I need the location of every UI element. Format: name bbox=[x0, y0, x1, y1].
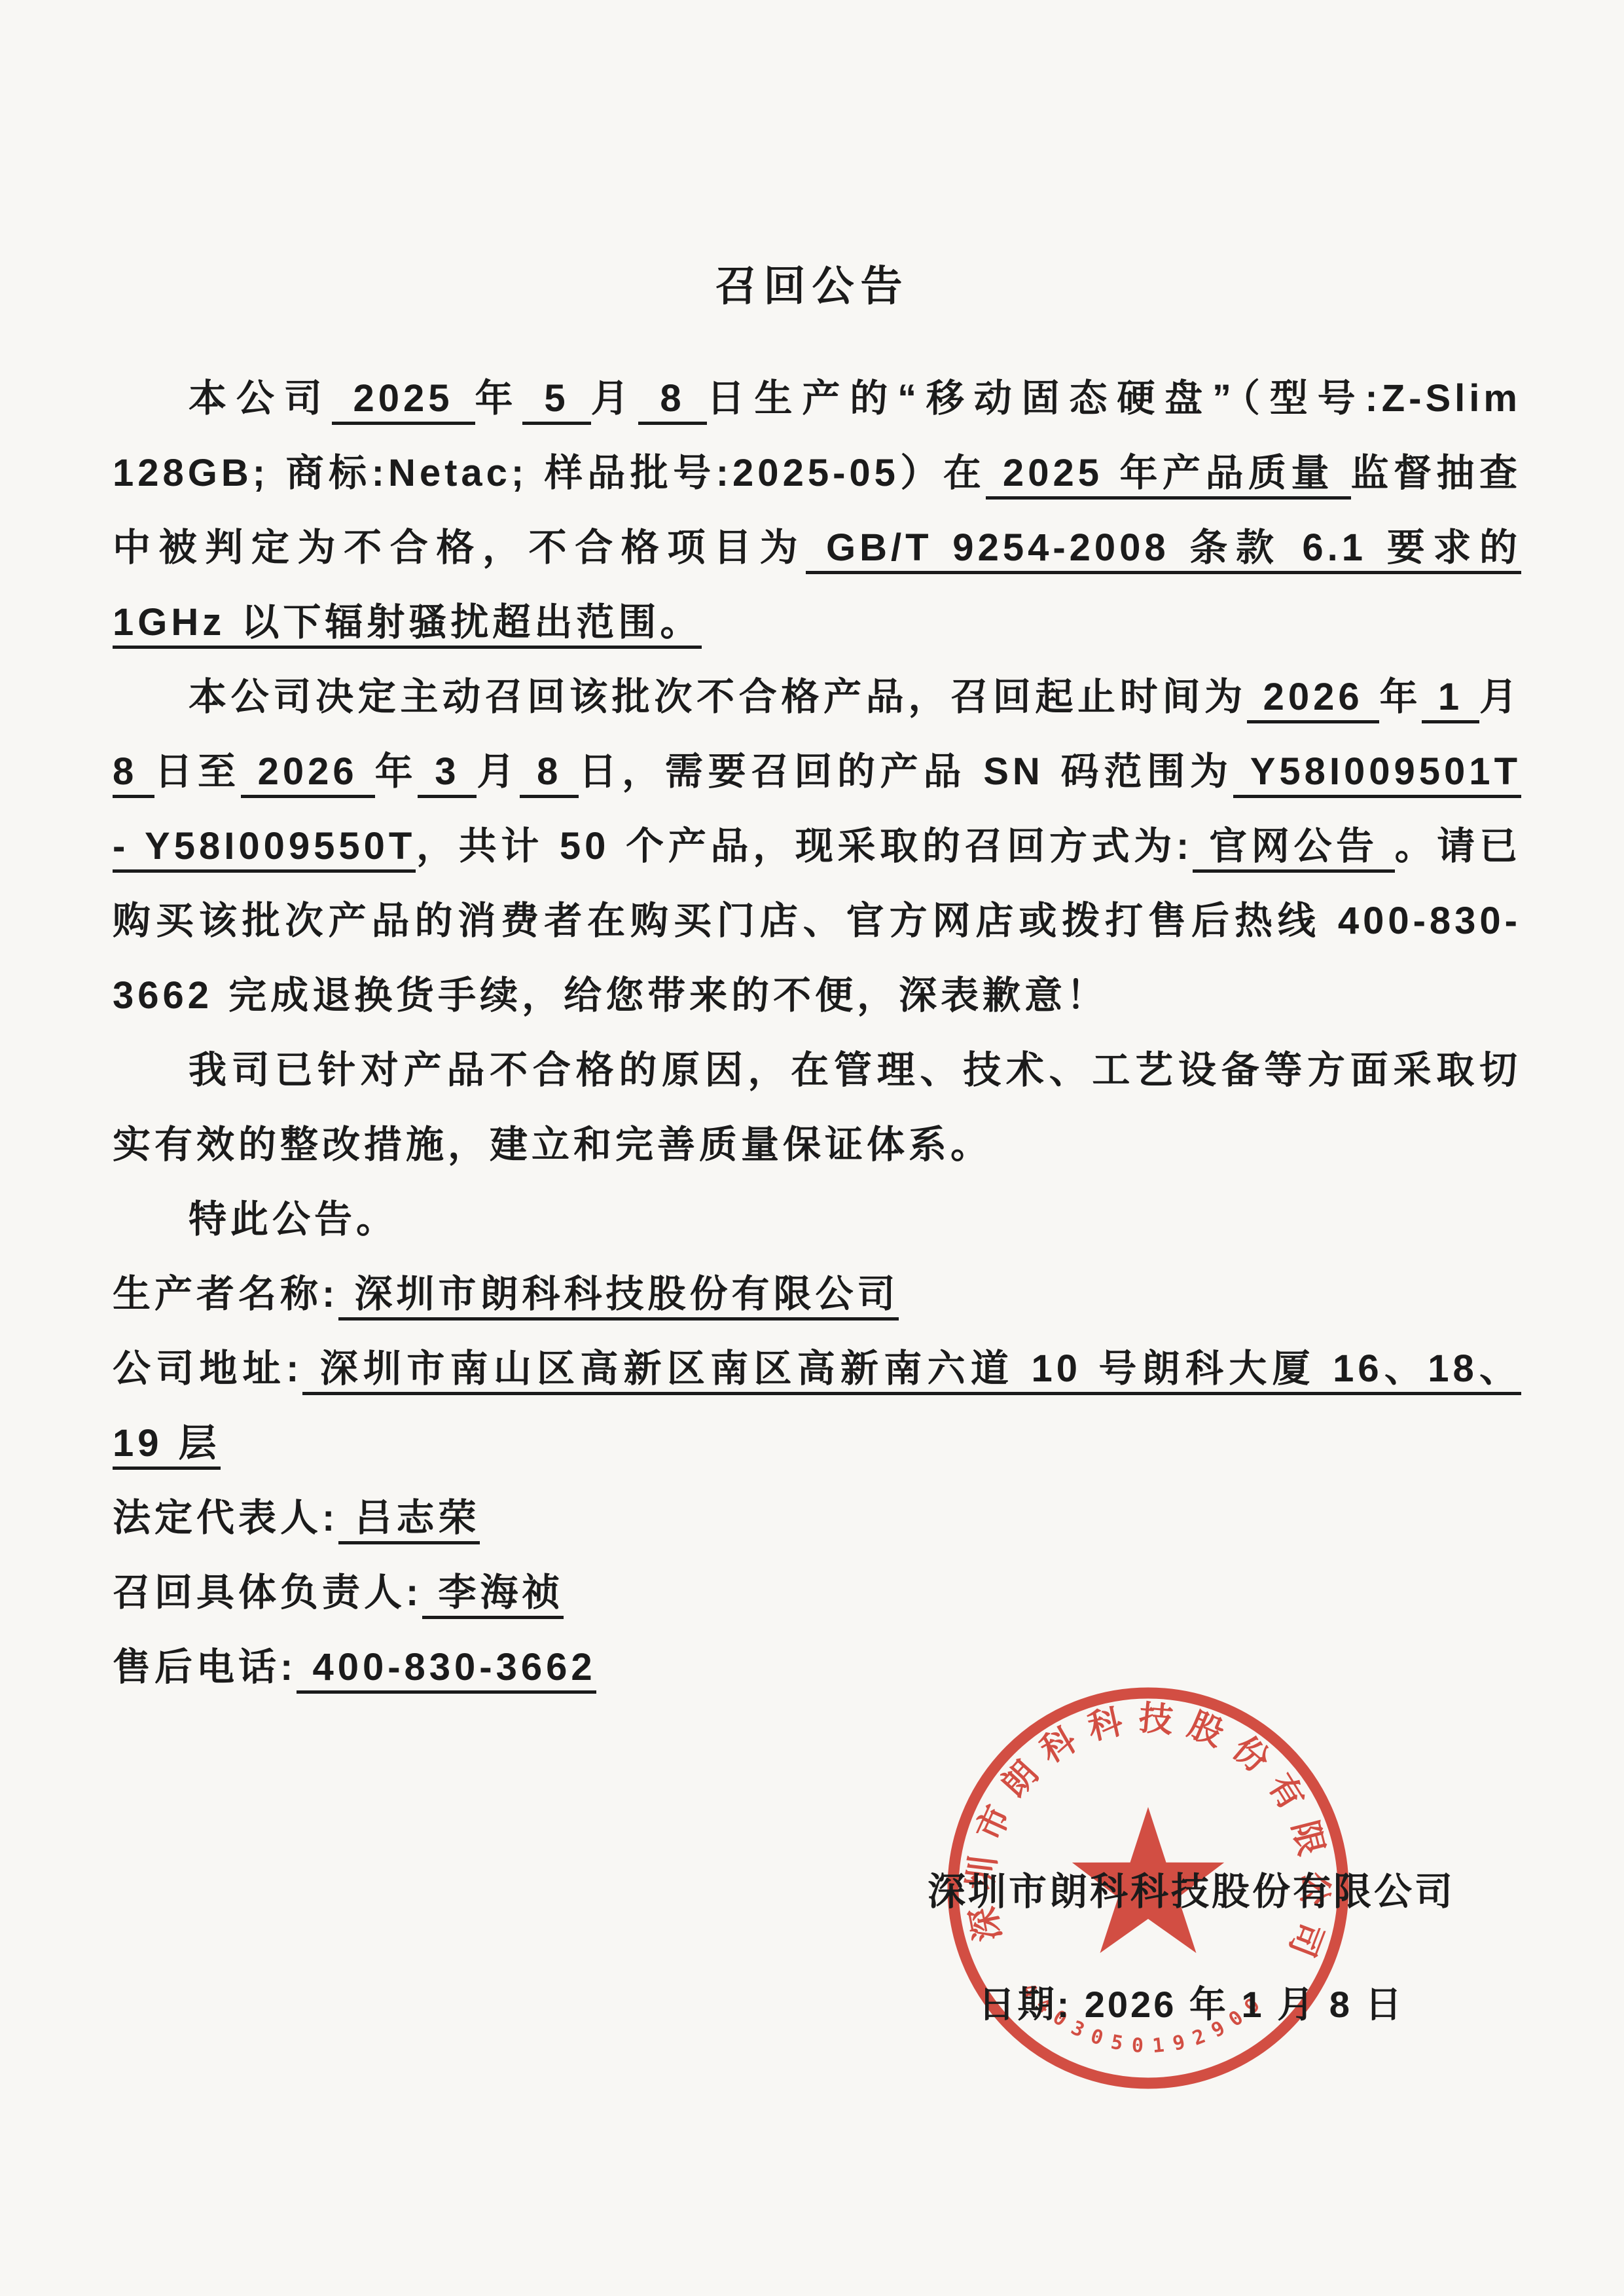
underlined-field: 3 bbox=[418, 750, 477, 798]
text-segment: 年 bbox=[375, 750, 418, 793]
text-segment: 售后电话: bbox=[113, 1646, 297, 1688]
text-segment: 本公司决定主动召回该批次不合格产品，召回起止时间为 bbox=[189, 676, 1247, 718]
underlined-field: 8 bbox=[113, 750, 154, 798]
underlined-field: 2026 bbox=[1247, 676, 1380, 723]
paragraph: 特此公告。 bbox=[113, 1182, 1521, 1257]
text-segment: 我司已针对产品不合格的原因，在管理、技术、工艺设备等方面采取切实有效的整改措施，… bbox=[113, 1049, 1521, 1166]
underlined-field: 1 bbox=[1422, 676, 1479, 723]
underlined-field: 2025 bbox=[332, 377, 475, 425]
text-segment: 特此公告。 bbox=[189, 1198, 398, 1241]
text-segment: 召回具体负责人: bbox=[113, 1571, 422, 1614]
text-segment: 日至 bbox=[154, 750, 241, 793]
underlined-field: 2025 年产品质量 bbox=[986, 452, 1350, 500]
text-segment: 生产者名称: bbox=[113, 1273, 338, 1315]
underlined-field: 深圳市朗科科技股份有限公司 bbox=[338, 1273, 899, 1321]
underlined-field: 吕志荣 bbox=[338, 1497, 480, 1544]
underlined-field: 8 bbox=[638, 377, 706, 425]
paragraph: 召回具体负责人: 李海祯 bbox=[113, 1556, 1521, 1630]
text-segment: 月 bbox=[477, 750, 520, 793]
paragraph: 本公司决定主动召回该批次不合格产品，召回起止时间为 2026 年 1 月 8 日… bbox=[113, 660, 1521, 1033]
underlined-field: 400-830-3662 bbox=[297, 1646, 596, 1694]
underlined-field: 深圳市南山区高新区南区高新南六道 10 号朗科大厦 16、18、19 层 bbox=[113, 1347, 1521, 1470]
signature-date: 日期: 2026 年 1 月 8 日 bbox=[916, 1976, 1466, 2028]
paragraph: 公司地址: 深圳市南山区高新区南区高新南六道 10 号朗科大厦 16、18、19… bbox=[113, 1332, 1521, 1481]
text-segment: 公司地址: bbox=[113, 1347, 302, 1390]
text-segment: 月 bbox=[591, 377, 639, 420]
text-segment: 年 bbox=[475, 377, 523, 420]
underlined-field: 8 bbox=[520, 750, 579, 798]
paragraph: 本公司 2025 年 5 月 8 日生产的“移动固态硬盘”（型号:Z-Slim … bbox=[113, 361, 1521, 660]
underlined-field: 官网公告 bbox=[1193, 825, 1394, 873]
text-segment: ，共计 50 个产品，现采取的召回方式为: bbox=[416, 825, 1193, 867]
underlined-field: 5 bbox=[522, 377, 590, 425]
underlined-field: 李海祯 bbox=[422, 1571, 564, 1619]
paragraph: 我司已针对产品不合格的原因，在管理、技术、工艺设备等方面采取切实有效的整改措施，… bbox=[113, 1033, 1521, 1182]
paragraph: 生产者名称: 深圳市朗科科技股份有限公司 bbox=[113, 1257, 1521, 1332]
paragraph: 法定代表人: 吕志荣 bbox=[113, 1481, 1521, 1556]
text-segment: 本公司 bbox=[189, 377, 332, 420]
document-title: 召回公告 bbox=[0, 253, 1624, 313]
document-page: 召回公告 本公司 2025 年 5 月 8 日生产的“移动固态硬盘”（型号:Z-… bbox=[0, 0, 1624, 2296]
text-segment: 月 bbox=[1479, 676, 1521, 718]
text-segment: 日，需要召回的产品 SN 码范围为 bbox=[579, 750, 1233, 793]
underlined-field: 2026 bbox=[241, 750, 375, 798]
text-segment: 法定代表人: bbox=[113, 1497, 338, 1539]
signature-company: 深圳市朗科科技股份有限公司 bbox=[916, 1861, 1466, 1916]
text-segment: 年 bbox=[1379, 676, 1422, 718]
document-body: 本公司 2025 年 5 月 8 日生产的“移动固态硬盘”（型号:Z-Slim … bbox=[113, 361, 1521, 1705]
